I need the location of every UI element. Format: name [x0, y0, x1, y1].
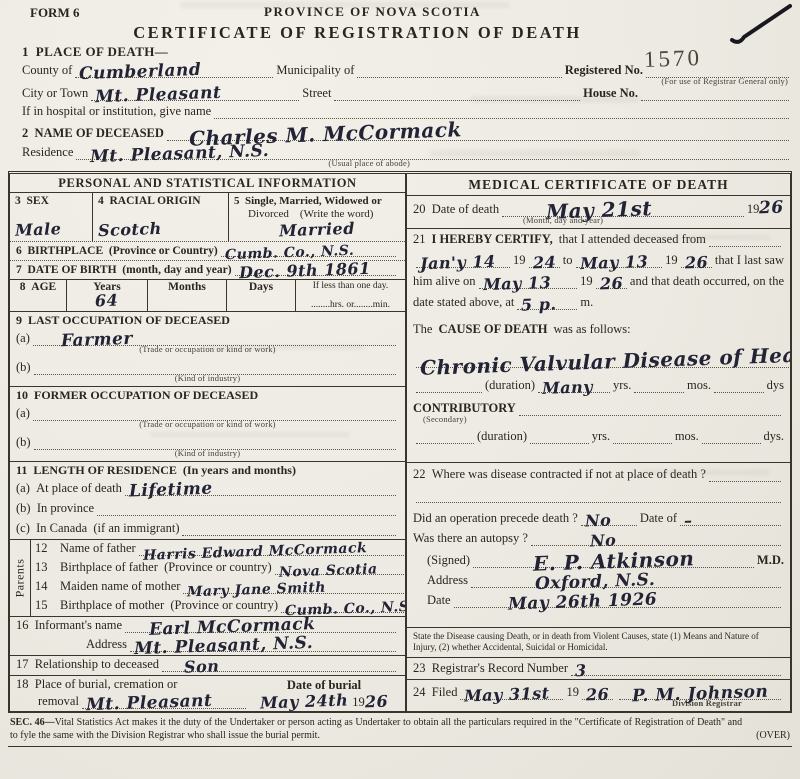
date-of-death-value: May 21st: [546, 198, 653, 222]
alive-date-value: May 13: [482, 275, 551, 293]
burial-year-printed: 19: [352, 695, 365, 710]
age-years-value: 64: [95, 293, 119, 310]
burial-year-value: 26: [364, 694, 388, 711]
physician-address-label: Address: [427, 573, 468, 588]
alive-year-value: 26: [599, 276, 623, 293]
age-label: 8 AGE: [12, 281, 64, 293]
county-value: Cumberland: [79, 62, 202, 83]
contrib-duration-label: (duration): [477, 429, 527, 444]
marital-value: Married: [279, 221, 355, 240]
cause-duration-line: Many: [538, 379, 610, 393]
filed-year-printed: 19: [566, 685, 579, 700]
secondary-caption: (Secondary): [423, 414, 467, 424]
dob-label: 7 DATE OF BIRTH (month, day and year): [16, 264, 232, 276]
informant-name-label: 16 Informant's name: [16, 618, 122, 633]
residence-b-line: [97, 502, 396, 516]
to-year-printed: 19: [665, 253, 678, 268]
filed-label: 24 Filed: [413, 685, 457, 700]
sec46-label: SEC. 46—: [10, 717, 55, 728]
time-line: 5 p.: [517, 296, 577, 310]
less-than-day-label: If less than one day.: [298, 281, 403, 291]
date-of-death-label: 20 Date of death: [413, 202, 499, 217]
autopsy-label: Was there an autopsy ?: [413, 531, 528, 546]
signed-line: E. P. Atkinson: [473, 551, 754, 568]
mother-birthplace-line: Cumb. Co., N.S.: [281, 599, 407, 613]
parents-section: Parents 12 Name of father Harris Edward …: [10, 540, 405, 617]
registrar-signature: P. M. Johnson: [632, 684, 769, 706]
father-name-line: Harris Edward McCormack: [139, 542, 407, 556]
residence-a-line: Lifetime: [125, 482, 396, 496]
former-occupation-heading: 10 FORMER OCCUPATION OF DECEASED: [16, 388, 399, 403]
house-no-line: [641, 87, 789, 101]
trade-caption-2: (Trade or occupation or kind of work): [139, 419, 275, 429]
personal-statistical-column: PERSONAL AND STATISTICAL INFORMATION 3 S…: [10, 174, 407, 711]
city-value: Mt. Pleasant: [95, 85, 222, 106]
marital-status-cell: 5 Single, Married, Widowed or Divorced (…: [229, 193, 405, 241]
contrib-mos-line: [613, 430, 672, 444]
burial-section: 18 Place of burial, cremation or removal…: [10, 676, 405, 711]
residence-c-label: (c) In Canada (if an immigrant): [16, 521, 179, 536]
registrar-record-label: 23 Registrar's Record Number: [413, 661, 568, 676]
from-date-line: Jan'y 14: [416, 254, 510, 268]
registrar-general-note: (For use of Registrar General only): [661, 76, 788, 85]
alive-on-label: him alive on: [413, 274, 476, 289]
sex-cell: 3 SEX Male: [10, 193, 93, 241]
street-label: Street: [302, 86, 331, 101]
autopsy-value: No: [590, 533, 617, 550]
filed-date-line: May 31st: [460, 686, 563, 700]
residence-label: Residence: [22, 145, 73, 160]
from-date-value: Jan'y 14: [420, 254, 496, 273]
residence-c-line: [182, 522, 396, 536]
municipality-line: [357, 64, 561, 78]
personal-info-heading: PERSONAL AND STATISTICAL INFORMATION: [10, 174, 405, 193]
disease-contracted-section: 22 Where was disease contracted if not a…: [407, 463, 790, 627]
date-of-label: Date of: [640, 511, 677, 526]
months-label: Months: [150, 281, 224, 293]
contrib-duration-lead-line: [416, 430, 474, 444]
burial-date-cell: Date of burial May 24th 19 26: [249, 677, 399, 710]
m-label: m.: [580, 295, 593, 310]
mother-name-label: 14 Maiden name of mother: [35, 579, 180, 594]
less-than-day-cell: If less than one day. ........hrs. or...…: [296, 280, 405, 311]
cause-duration-label: (duration): [485, 378, 535, 393]
cause-bold-label: CAUSE OF DEATH: [438, 322, 547, 337]
certify-rest-label: that I attended deceased from: [559, 232, 706, 247]
hospital-row: If in hospital or institution, give name: [22, 104, 792, 119]
hospital-line: [214, 105, 789, 119]
relationship-label: 17 Relationship to deceased: [16, 657, 159, 672]
certificate-title: CERTIFICATE OF REGISTRATION OF DEATH: [8, 23, 792, 43]
form-header-row: FORM 6 PROVINCE OF NOVA SCOTIA: [8, 4, 792, 21]
relationship-value: Son: [184, 659, 220, 676]
marital-label-line1: 5 Single, Married, Widowed or: [234, 195, 382, 207]
parents-side-label-cell: Parents: [10, 540, 31, 616]
registrar-record-section: 23 Registrar's Record Number 3: [407, 658, 790, 680]
certify-number: 21: [413, 232, 426, 247]
burial-date-value: May 24th: [260, 693, 349, 711]
serial-number-stamp: 1570: [644, 45, 703, 73]
informant-address-label: Address: [86, 637, 127, 652]
from-year-value: 24: [532, 255, 556, 272]
certificate-date-label: Date: [427, 593, 451, 608]
hrs-min-units: ........hrs. or........min.: [298, 300, 403, 310]
operation-line: No: [581, 512, 637, 526]
q22-line: [709, 468, 781, 482]
md-label: M.D.: [757, 553, 784, 568]
birthplace-label: 6 BIRTHPLACE (Province or Country): [16, 245, 218, 257]
house-no-label: House No.: [583, 86, 638, 101]
informant-section: 16 Informant's name Earl McCormack Addre…: [10, 617, 405, 656]
father-birthplace-value: Nova Scotia: [279, 563, 378, 580]
medical-certificate-column: MEDICAL CERTIFICATE OF DEATH 20 Date of …: [407, 174, 790, 711]
footer-note: SEC. 46—Vital Statistics Act makes it th…: [8, 715, 792, 747]
last-occupation-section: 9 LAST OCCUPATION OF DECEASED (a) Farmer…: [10, 312, 405, 387]
to-year-line: 26: [681, 254, 712, 268]
former-occ-a-label: (a): [16, 406, 30, 421]
to-word: to: [563, 253, 573, 268]
cause-dys-label: dys: [767, 378, 784, 393]
cause-post-label: was as follows:: [553, 322, 630, 337]
sec46-text: Vital Statistics Act makes it the duty o…: [10, 717, 742, 741]
municipality-label: Municipality of: [276, 63, 354, 78]
birthplace-line: Cumb. Co., N.S.: [221, 243, 396, 257]
days-label: Days: [229, 281, 293, 293]
operation-date-value: –: [684, 513, 693, 529]
from-year-line: 24: [529, 254, 560, 268]
filed-section: 24 Filed May 31st 19 26 P. M. Johnson Di…: [407, 680, 790, 711]
time-value: 5 p.: [521, 296, 557, 313]
residence-line: Mt. Pleasant, N.S.: [76, 146, 789, 160]
registrar-signature-line: P. M. Johnson: [619, 686, 781, 700]
last-occ-b-label: (b): [16, 360, 31, 375]
physician-address-line: Oxford, N.S.: [471, 574, 781, 588]
age-months-cell: Months: [148, 280, 227, 311]
certificate-date-line: May 26th 1926: [454, 594, 781, 608]
industry-caption-2: (Kind of industry): [175, 448, 240, 458]
from-year-printed: 19: [513, 253, 526, 268]
birthplace-section: 6 BIRTHPLACE (Province or Country) Cumb.…: [10, 242, 405, 261]
county-line: Cumberland: [75, 64, 273, 78]
certify-and-cause-section: 21 I HEREBY CERTIFY, that I attended dec…: [407, 229, 790, 463]
cause-duration-value: Many: [542, 379, 594, 397]
contrib-yrs-label: yrs.: [592, 429, 610, 444]
last-occ-a-value: Farmer: [61, 331, 133, 350]
industry-caption: (Kind of industry): [175, 373, 240, 383]
last-occupation-heading: 9 LAST OCCUPATION OF DECEASED: [16, 313, 399, 328]
alive-year-line: 26: [596, 275, 627, 289]
certify-bold-label: I HEREBY CERTIFY,: [432, 232, 553, 247]
county-label: County of: [22, 63, 72, 78]
certificate-date-value: May 26th 1926: [507, 592, 657, 614]
q22-line-2: [416, 489, 781, 503]
informant-address-value: Mt. Pleasant, N.S.: [134, 635, 314, 658]
operation-label: Did an operation precede death ?: [413, 511, 578, 526]
residence-b-label: (b) In province: [16, 501, 94, 516]
burial-place-label-2: removal: [38, 694, 79, 709]
racial-origin-value: Scotch: [98, 221, 162, 239]
contrib-dys-label: dys.: [764, 429, 785, 444]
signed-value: E. P. Atkinson: [532, 549, 694, 575]
cause-yrs-label: yrs.: [613, 378, 631, 393]
dob-value: Dec. 9th 1861: [238, 261, 370, 282]
mother-birthplace-label: 15 Birthplace of mother (Province or cou…: [35, 598, 278, 613]
cause-value: Chronic Valvular Disease of Heart: [420, 344, 790, 378]
parents-side-label: Parents: [13, 559, 28, 598]
dod-year-value: 26: [759, 200, 784, 218]
sex-label: 3 SEX: [15, 195, 87, 207]
age-days-cell: Days: [227, 280, 296, 311]
relationship-line: Son: [162, 658, 396, 672]
contrib-mos-label: mos.: [675, 429, 699, 444]
residence-a-value: Lifetime: [129, 481, 213, 501]
cause-line-1: Chronic Valvular Disease of Heart: [416, 351, 790, 368]
filed-year-value: 26: [586, 687, 610, 704]
registrar-record-value: 3: [575, 663, 587, 679]
over-label: (OVER): [756, 730, 790, 743]
sex-race-marital-table: 3 SEX Male 4 RACIAL ORIGIN Scotch 5 Sing…: [10, 193, 405, 242]
age-label-cell: 8 AGE: [10, 280, 67, 311]
form-number: FORM 6: [30, 5, 79, 21]
cause-duration-lead-line: [416, 379, 482, 393]
racial-origin-cell: 4 RACIAL ORIGIN Scotch: [93, 193, 229, 241]
age-table: 8 AGE Years 64 Months Days If less than …: [10, 280, 405, 312]
to-date-value: May 13: [579, 254, 648, 272]
informant-name-line: Earl McCormack: [125, 619, 396, 633]
usual-abode-note: (Usual place of abode): [328, 158, 410, 167]
mother-name-value: Mary Jane Smith: [187, 581, 326, 600]
alive-year-printed: 19: [580, 274, 593, 289]
father-birthplace-line: Nova Scotia: [275, 561, 407, 575]
relationship-section: 17 Relationship to deceased Son: [10, 656, 405, 676]
date-of-birth-section: 7 DATE OF BIRTH (month, day and year) De…: [10, 261, 405, 280]
cause-mos-line: [634, 379, 684, 393]
to-date-line: May 13: [576, 254, 663, 268]
operation-value: No: [585, 513, 612, 530]
deceased-name-row: 2 NAME OF DECEASED Charles M. McCormack: [22, 124, 792, 141]
to-year-value: 26: [684, 255, 708, 272]
length-of-residence-section: 11 LENGTH OF RESIDENCE (In years and mon…: [10, 462, 405, 540]
age-years-cell: Years 64: [67, 280, 148, 311]
certify-from-line: [709, 233, 781, 247]
burial-place-label-1: 18 Place of burial, cremation or: [16, 677, 249, 692]
registrar-record-line: 3: [571, 662, 781, 676]
former-occ-b-label: (b): [16, 435, 31, 450]
trade-caption: (Trade or occupation or kind or work): [139, 344, 275, 354]
burial-place-line: Mt. Pleasant: [82, 695, 246, 709]
medical-certificate-heading: MEDICAL CERTIFICATE OF DEATH: [407, 174, 790, 196]
length-residence-heading: 11 LENGTH OF RESIDENCE (In years and mon…: [16, 463, 399, 478]
operation-date-line: –: [680, 512, 781, 526]
former-occupation-section: 10 FORMER OCCUPATION OF DECEASED (a) (Tr…: [10, 387, 405, 462]
cause-mos-label: mos.: [687, 378, 711, 393]
dob-line: Dec. 9th 1861: [235, 262, 396, 276]
burial-place-value: Mt. Pleasant: [86, 693, 213, 711]
signed-label: (Signed): [427, 553, 470, 568]
father-name-label: 12 Name of father: [35, 541, 136, 556]
contrib-dys-line: [702, 430, 761, 444]
cause-dys-line: [714, 379, 764, 393]
filed-year-line: 26: [582, 686, 613, 700]
death-occurred-label: and that death occurred, on the: [630, 274, 784, 289]
informant-address-line: Mt. Pleasant, N.S.: [130, 638, 396, 652]
alive-date-line: May 13: [479, 275, 578, 289]
filed-date-value: May 31st: [464, 686, 550, 705]
name-line: Charles M. McCormack: [167, 124, 789, 141]
main-form-box: PERSONAL AND STATISTICAL INFORMATION 3 S…: [8, 171, 792, 713]
name-of-deceased-label: 2 NAME OF DECEASED: [22, 126, 164, 141]
contributory-line: [519, 402, 781, 416]
residence-a-label: (a) At place of death: [16, 481, 122, 496]
cause-pre-label: The: [413, 322, 432, 337]
registered-no-label: Registered No.: [565, 63, 643, 78]
province-heading: PROVINCE OF NOVA SCOTIA: [8, 4, 792, 20]
violent-causes-note: State the Disease causing Death, or in d…: [407, 628, 790, 658]
city-row: City or Town Mt. Pleasant Street House N…: [22, 86, 792, 101]
last-saw-label: that I last saw: [715, 253, 784, 268]
dod-year-printed: 19: [747, 202, 760, 217]
last-occ-a-label: (a): [16, 331, 30, 346]
date-of-death-section: 20 Date of death May 21st 19 26 (Month, …: [407, 196, 790, 229]
q22-label: 22 Where was disease contracted if not a…: [413, 467, 706, 482]
death-certificate-scan: 1570 FORM 6 PROVINCE OF NOVA SCOTIA CERT…: [0, 0, 800, 779]
street-line: [334, 87, 580, 101]
autopsy-line: No: [531, 532, 781, 546]
date-stated-label: date stated above, at: [413, 295, 514, 310]
mother-name-line: Mary Jane Smith: [183, 580, 407, 594]
sex-value: Male: [15, 221, 62, 239]
racial-origin-label: 4 RACIAL ORIGIN: [98, 195, 223, 207]
city-label: City or Town: [22, 86, 88, 101]
city-line: Mt. Pleasant: [91, 87, 299, 101]
contrib-duration-line: [530, 430, 589, 444]
